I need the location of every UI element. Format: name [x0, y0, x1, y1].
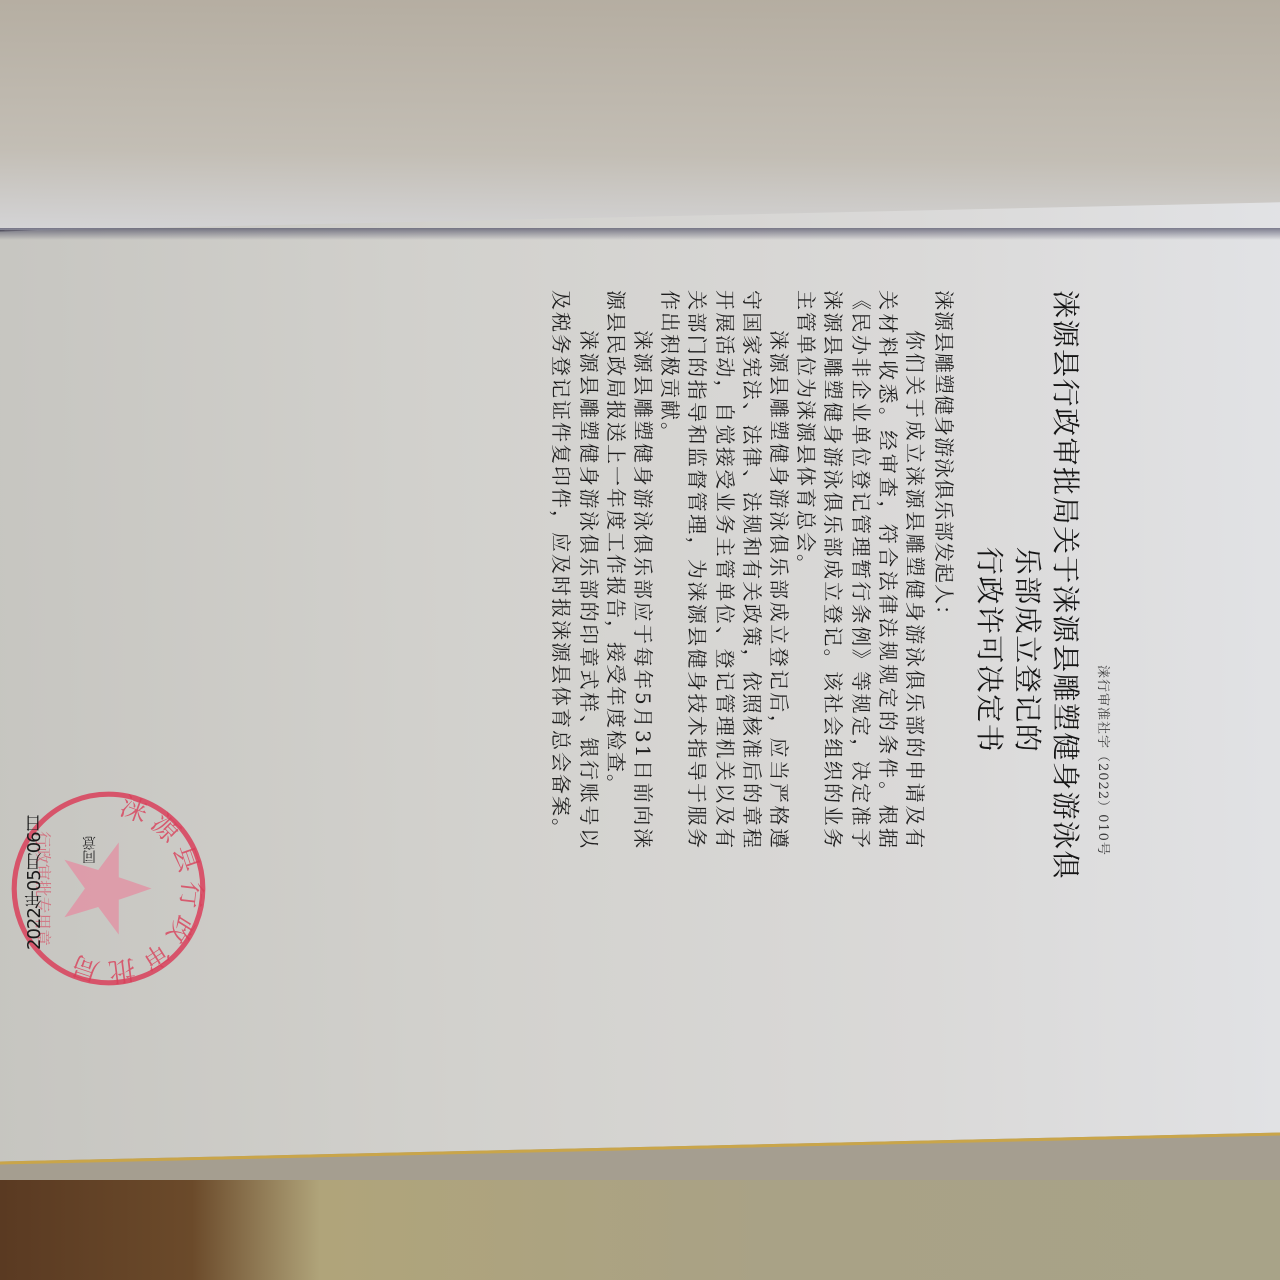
document-title: 涞源县行政审批局关于涞源县雕塑健身游泳俱 乐部成立登记的 行政许可决定书 — [970, 290, 1084, 1010]
page-edge-shadow — [0, 228, 1280, 240]
decision-document: 涞行审准社字（2022）010号 涞源县行政审批局关于涞源县雕塑健身游泳俱 乐部… — [540, 290, 1100, 1150]
seal-star-icon — [64, 842, 151, 934]
paragraph: 涞源县雕塑健身游泳俱乐部应于每年5月31日前向涞源县民政局报送上一年度工作报告，… — [602, 290, 656, 850]
addressee: 涞源县雕塑健身游泳俱乐部发起人： — [931, 290, 960, 626]
signing-date: 2022年05月06日 — [22, 770, 62, 950]
paragraph: 涞源县雕塑健身游泳俱乐部的印章式样、银行账号以及税务登记证件复印件，应及时报涞源… — [547, 290, 601, 850]
background-surface-bottom — [0, 1180, 1280, 1280]
document-number: 涞行审准社字（2022）010号 — [1095, 665, 1114, 856]
title-line-1: 涞源县行政审批局关于涞源县雕塑健身游泳俱 — [1046, 290, 1084, 1010]
title-line-2: 乐部成立登记的 — [1008, 290, 1046, 1010]
title-line-3: 行政许可决定书 — [970, 290, 1008, 1010]
paragraph: 涞源县雕塑健身游泳俱乐部成立登记后，应当严格遵守国家宪法、法律、法规和有关政策，… — [656, 290, 792, 850]
paragraph: 你们关于成立涞源县雕塑健身游泳俱乐部的申请及有关材料收悉。经审查，符合法律法规规… — [792, 290, 928, 850]
approval-note: 同意 — [80, 836, 100, 864]
document-body: 你们关于成立涞源县雕塑健身游泳俱乐部的申请及有关材料收悉。经审查，符合法律法规规… — [547, 290, 928, 850]
